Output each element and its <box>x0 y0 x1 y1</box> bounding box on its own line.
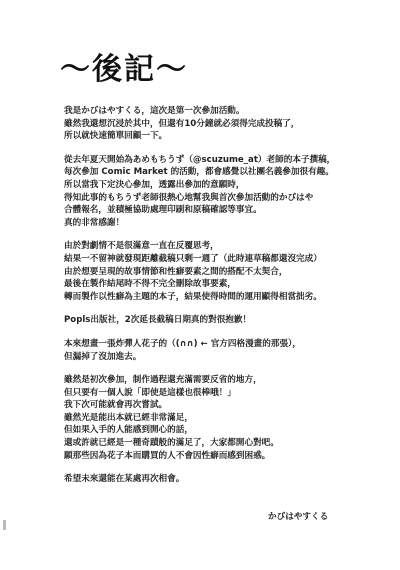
text-line: 但漏掉了沒加進去。 <box>64 351 384 364</box>
paragraph-closing-thoughts: 雖然是初次參加，制作過程還充滿需要反省的地方， 但只要有一個人說「即使是這樣也很… <box>64 374 384 462</box>
text-line: 合體報名，並積極協助處理印刷和原稿確認等事宜。 <box>64 204 384 217</box>
text-line: 願那些因為花子本而購買的人不會因性癖而感到困惑。 <box>64 450 384 463</box>
text-line: 得知此事的もちうず老師很熱心地幫我與首次參加活動的かびはや <box>64 192 384 205</box>
text-line: 每次參加 Comic Market 的活動，都會感覺以社團名義參加很有趣。 <box>64 166 384 179</box>
text-line: 我下次可能就會再次嘗試。 <box>64 399 384 412</box>
text-line: 但只要有一個人說「即使是這樣也很棒哦！」 <box>64 387 384 400</box>
text-line: 真的非常感謝！ <box>64 217 384 230</box>
paragraph-apology: Popls出版社，2次延長截稿日期真的對很抱歉！ <box>64 314 384 327</box>
text-line: 從去年夏天開始為あめもちうず（@scuzume_at）老師的本子撰稿， <box>64 154 384 167</box>
text-line: 雖然我還想沉浸於其中，但還有10分鐘就必須得完成投稿了， <box>64 118 384 131</box>
page-title: ～後記～ <box>60 44 188 88</box>
text-line: 最後在製作結尾時不得不完全刪除故事要素， <box>64 278 384 291</box>
text-line: 轉而製作以性癖為主題的本子，結果使得時間的運用顯得相當拙劣。 <box>64 291 384 304</box>
text-line: Popls出版社，2次延長截稿日期真的對很抱歉！ <box>64 314 384 327</box>
text-line: 還或許就已經是一種奇蹟般的滿足了，大家都開心對吧。 <box>64 437 384 450</box>
paragraph-reflection: 由於對劇情不是很滿意一直在反覆思考， 結果一不留神就發現距離截稿只剩一週了（此時… <box>64 240 384 303</box>
text-line: 雖然是初次參加，制作過程還充滿需要反省的地方， <box>64 374 384 387</box>
paragraph-intro: 我是かびはやすくる，這次是第一次參加活動。 雖然我還想沉浸於其中，但還有10分鐘… <box>64 105 384 143</box>
text-line: 雖然光是能出本就已經非常滿足， <box>64 412 384 425</box>
paragraph-farewell: 希望未來還能在某處再次相會。 <box>64 473 384 486</box>
text-line: 所以當我下定決心參加，透露出參加的意願時， <box>64 179 384 192</box>
text-line: 我是かびはやすくる，這次是第一次參加活動。 <box>64 105 384 118</box>
author-signature: かびはやすくる <box>268 510 328 522</box>
text-line: 希望未來還能在某處再次相會。 <box>64 473 384 486</box>
text-line: 由於想要呈現的故事情節和性癖要素之間的搭配不太契合， <box>64 266 384 279</box>
paragraph-thanks: 從去年夏天開始為あめもちうず（@scuzume_at）老師的本子撰稿， 每次參加… <box>64 154 384 230</box>
text-line: 所以就快速簡單回顧一下。 <box>64 130 384 143</box>
text-line: 由於對劇情不是很滿意一直在反覆思考， <box>64 240 384 253</box>
afterword-body: 我是かびはやすくる，這次是第一次參加活動。 雖然我還想沉浸於其中，但還有10分鐘… <box>64 105 384 497</box>
text-line: 但如果入手的人能感到開心的話， <box>64 424 384 437</box>
page-edge-mark <box>3 520 6 530</box>
text-line: 結果一不留神就發現距離截稿只剩一週了（此時連草稿都還沒完成） <box>64 253 384 266</box>
text-line: 本來想畫一張炸彈人花子的（(∩∩) ← 官方四格漫畫的那張）， <box>64 338 384 351</box>
paragraph-missing-illustration: 本來想畫一張炸彈人花子的（(∩∩) ← 官方四格漫畫的那張）， 但漏掉了沒加進去… <box>64 338 384 363</box>
